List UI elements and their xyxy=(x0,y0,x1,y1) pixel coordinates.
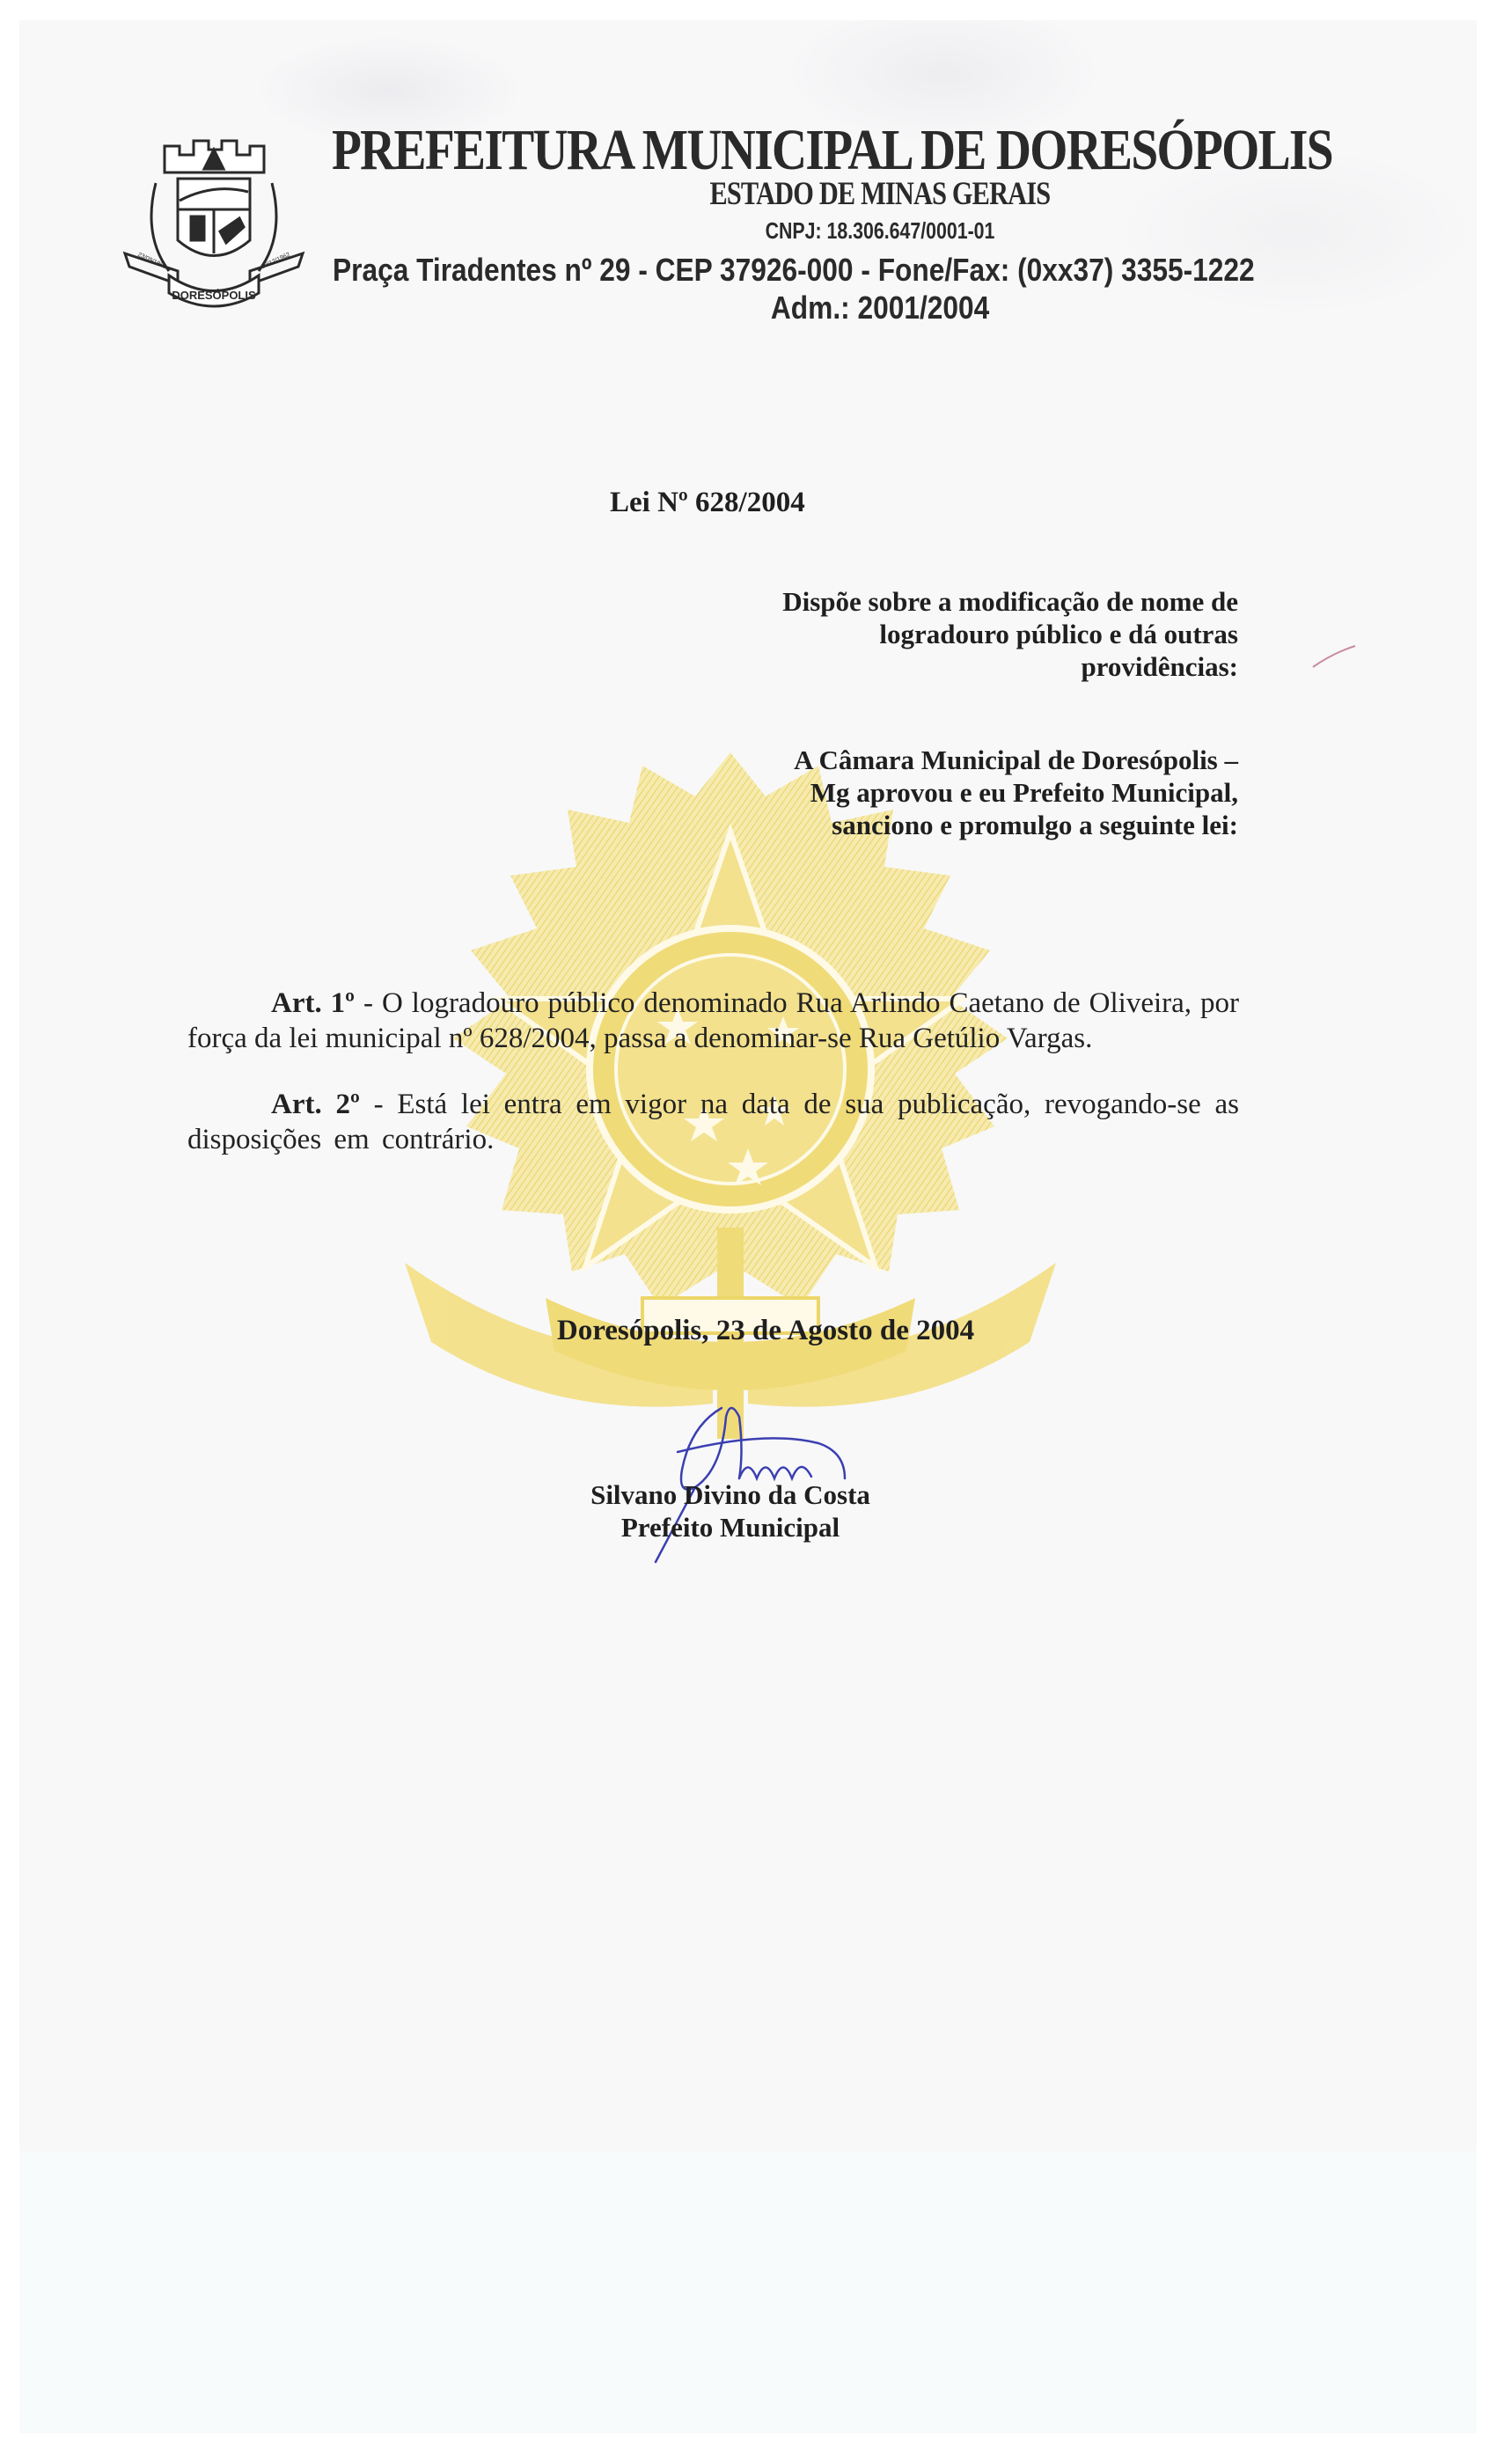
signer-title: Prefeito Municipal xyxy=(572,1511,889,1544)
article-1-label: Art. 1º xyxy=(271,987,355,1019)
signer-block: Silvano Divino da Costa Prefeito Municip… xyxy=(572,1478,889,1544)
article-2: Art. 2º - Está lei entra em vigor na dat… xyxy=(187,1087,1239,1157)
letterhead-administration: Adm.: 2001/2004 xyxy=(0,290,1496,326)
letterhead-state: ESTADO DE MINAS GERAIS xyxy=(0,177,1496,212)
law-summary: Dispõe sobre a modificação de nome de lo… xyxy=(774,585,1238,683)
scan-lower-band xyxy=(19,2152,1477,2433)
article-2-label: Art. 2º xyxy=(271,1089,360,1120)
letterhead-cnpj: CNPJ: 18.306.647/0001-01 xyxy=(0,217,1496,244)
place-and-date: Doresópolis, 23 de Agosto de 2004 xyxy=(0,1314,1496,1347)
stray-pen-mark xyxy=(1311,642,1364,669)
article-1: Art. 1º - O logradouro público denominad… xyxy=(187,986,1239,1056)
letterhead-title: PREFEITURA MUNICIPAL DE DORESÓPOLIS xyxy=(332,120,1178,181)
law-preamble: A Câmara Municipal de Doresópolis – Mg a… xyxy=(757,744,1238,841)
signer-name: Silvano Divino da Costa xyxy=(572,1478,889,1511)
letterhead-address: Praça Tiradentes nº 29 - CEP 37926-000 -… xyxy=(333,253,1255,288)
law-number: Lei Nº 628/2004 xyxy=(610,486,805,519)
